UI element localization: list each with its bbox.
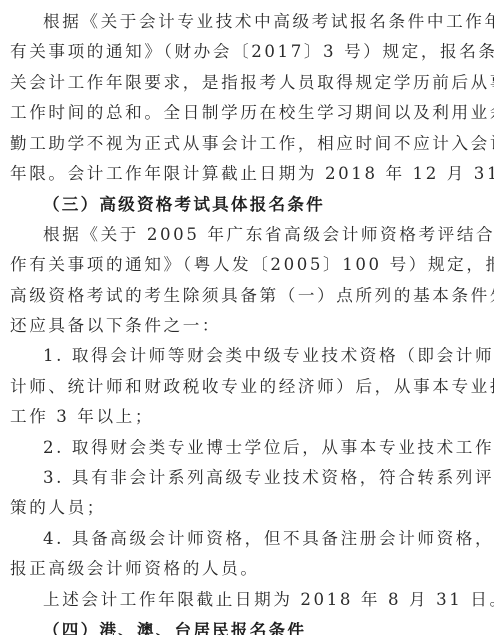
text-line: 工作时间的总和。全日制学历在校生学习期间以及利用业余时间 (10, 103, 484, 123)
text-line: 报正高级会计师资格的人员。 (10, 559, 484, 579)
text-line: 3. 具有非会计系列高级专业技术资格，符合转系列评审政 (43, 468, 484, 488)
text-line: 2. 取得财会类专业博士学位后，从事本专业技术工作； (43, 438, 484, 458)
text-line: 高级资格考试的考生除须具备第（一）点所列的基本条件外， (10, 286, 484, 306)
text-line: 策的人员； (10, 498, 484, 518)
text-line: 1. 取得会计师等财会类中级专业技术资格（即会计师、审 (43, 346, 484, 366)
text-line: 工作 3 年以上； (10, 407, 484, 427)
text-line: 根据《关于 2005 年广东省高级会计师资格考评结合试点工 (43, 225, 484, 245)
text-line: 4. 具备高级会计师资格，但不具备注册会计师资格，需申 (43, 529, 484, 549)
text-line: 还应具备以下条件之一： (10, 316, 484, 336)
deadline-note: 上述会计工作年限截止日期为 2018 年 8 月 31 日。 (43, 590, 484, 610)
text-line: 关会计工作年限要求，是指报考人员取得规定学历前后从事会计 (10, 73, 484, 93)
text-line: 勤工助学不视为正式从事会计工作，相应时间不应计入会计工作 (10, 134, 484, 154)
section-heading-senior-exam-conditions: （三）高级资格考试具体报名条件 (43, 194, 484, 214)
document-page: 根据《关于会计专业技术中高级考试报名条件中工作年限等 有关事项的通知》（财办会〔… (0, 0, 494, 635)
text-line: 有关事项的通知》（财办会〔2017〕3 号）规定，报名条件中有 (10, 42, 484, 62)
text-line: 根据《关于会计专业技术中高级考试报名条件中工作年限等 (43, 12, 484, 32)
text-line: 作有关事项的通知》（粤人发〔2005〕100 号）规定，报名参加 (10, 255, 484, 275)
section-heading-hk-macau-taiwan-conditions: （四）港、澳、台居民报名条件 (43, 620, 484, 635)
text-line: 年限。会计工作年限计算截止日期为 2018 年 12 月 31 日。 (10, 164, 484, 184)
text-line: 计师、统计师和财政税收专业的经济师）后，从事本专业技术 (10, 377, 484, 397)
